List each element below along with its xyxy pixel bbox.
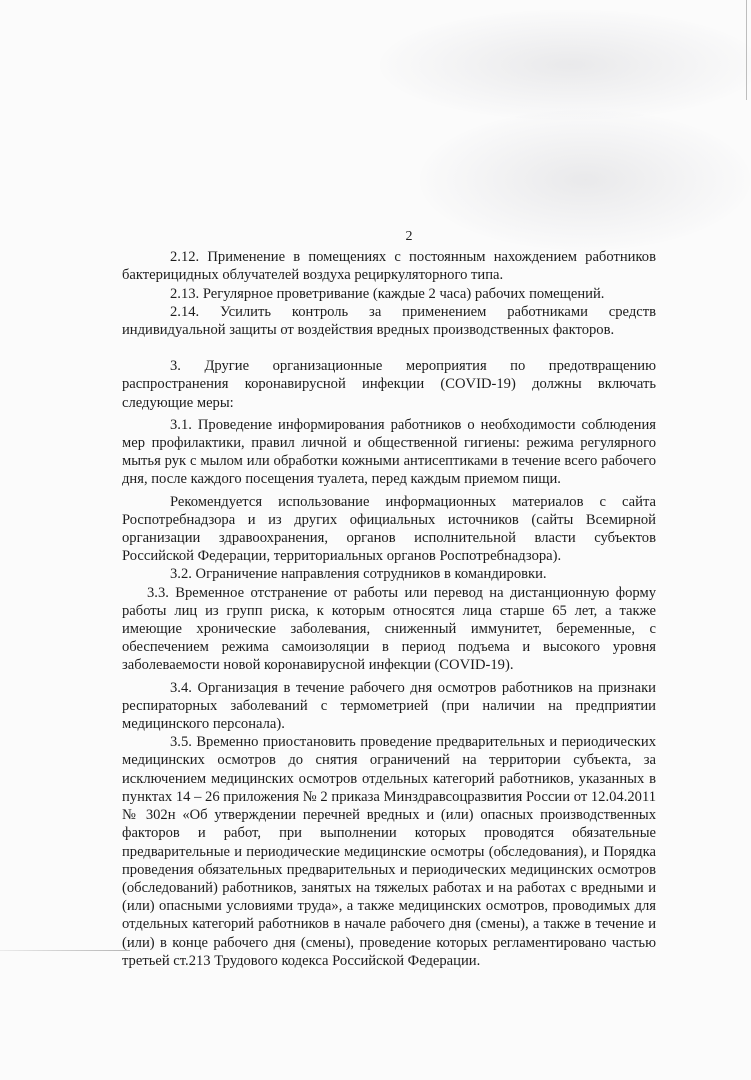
- page-number: 2: [122, 228, 656, 246]
- paragraph-3-5: 3.5. Временно приостановить проведение п…: [122, 733, 656, 970]
- scan-edge-line-vertical: [746, 0, 747, 100]
- scan-edge-line-horizontal: [0, 950, 130, 951]
- paragraph-3: 3. Другие организационные мероприятия по…: [122, 357, 656, 412]
- scan-smudge-top-right: [380, 10, 751, 120]
- paragraph-3-4: 3.4. Организация в течение рабочего дня …: [122, 679, 656, 734]
- paragraph-2-12: 2.12. Применение в помещениях с постоянн…: [122, 248, 656, 284]
- paragraph-2-14: 2.14. Усилить контроль за применением ра…: [122, 303, 656, 339]
- paragraph-3-3: 3.3. Временное отстранение от работы или…: [122, 584, 656, 675]
- document-page: 2 2.12. Применение в помещениях с постоя…: [122, 228, 656, 970]
- paragraph-3-1-recommendation: Рекомендуется использование информационн…: [122, 493, 656, 566]
- paragraph-3-1: 3.1. Проведение информирования работнико…: [122, 416, 656, 489]
- paragraph-3-2: 3.2. Ограничение направления сотрудников…: [122, 565, 656, 583]
- paragraph-2-13: 2.13. Регулярное проветривание (каждые 2…: [122, 285, 656, 303]
